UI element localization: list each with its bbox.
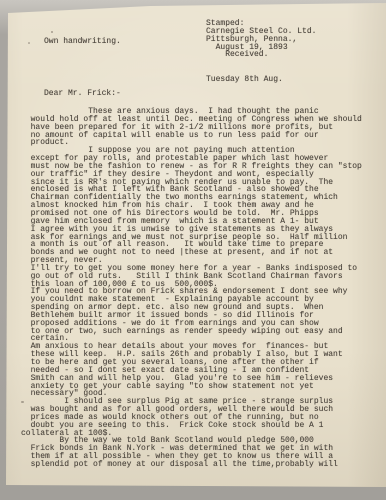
handwriting-annotation: Own handwriting. (44, 38, 121, 46)
paper-speck (28, 42, 30, 44)
received-stamp-block: Stamped: Carnegie Steel Co. Ltd. Pittsbu… (206, 20, 316, 59)
dateline: Tuesday 8th Aug. (206, 76, 283, 84)
paper-speck (51, 31, 53, 33)
salutation: Dear Mr. Frick:- (44, 90, 121, 98)
letter-body: These are anxious days. I had thought th… (21, 108, 362, 469)
